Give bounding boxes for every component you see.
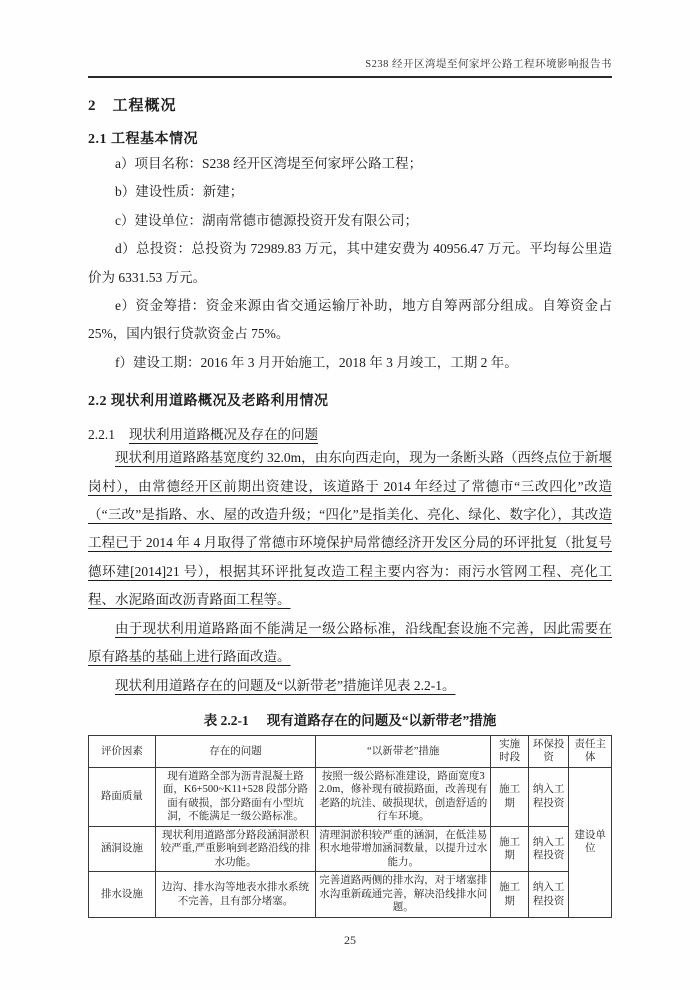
investment-cell: 纳入工程投资 [528, 826, 569, 872]
factor-cell: 路面质量 [89, 767, 156, 826]
paragraph-rebuild-need: 由于现状利用道路路面不能满足一级公路标准，沿线配套设施不完善，因此需要在原有路基… [88, 615, 612, 672]
road-status-paragraphs: 现状利用道路路基宽度约 32.0m，由东向西走向，现为一条断头路（西终点位于新堰… [88, 444, 612, 700]
measure-cell: 完善道路两侧的排水沟，对于堵塞排水沟重新疏通完善，解决沿线排水问题。 [316, 872, 491, 918]
period-cell: 施工期 [491, 767, 529, 826]
problem-cell: 现状利用道路部分路段涵洞淤积较严重,严重影响到老路沿线的排水功能。 [155, 826, 315, 872]
table-caption-number: 表 2.2-1 [204, 713, 249, 728]
paragraph-table-reference: 现状利用道路存在的问题及“以新带老”措施详见表 2.2-1。 [88, 672, 612, 700]
responsible-cell: 建设单位 [569, 767, 612, 917]
chapter-heading: 2 工程概况 [88, 94, 612, 115]
problem-cell: 边沟、排水沟等地表水排水系统不完善，且有部分堵塞。 [155, 872, 315, 918]
problems-measures-table: 评价因素 存在的问题 “以新带老”措施 实施时段 环保投资 责任主体 路面质量 … [88, 735, 612, 918]
header-investment: 环保投资 [528, 735, 569, 767]
table-row-pavement: 路面质量 现有道路全部为沥青混凝土路面，K6+500~K11+528 段部分路面… [89, 767, 612, 826]
measure-cell: 按照一级公路标准建设，路面宽度32.0m，修补现有破损路面，改善现有老路的坑洼、… [316, 767, 491, 826]
problem-cell: 现有道路全部为沥青混凝土路面，K6+500~K11+528 段部分路面有破损，部… [155, 767, 315, 826]
project-item-a: a）项目名称：S238 经开区湾堤至何家坪公路工程； [88, 150, 612, 178]
header-responsible: 责任主体 [569, 735, 612, 767]
document-page: S238 经开区湾堤至何家坪公路工程环境影响报告书 2 工程概况 2.1 工程基… [0, 0, 700, 990]
investment-cell: 纳入工程投资 [528, 872, 569, 918]
section-heading-2-2-1: 2.2.1现状利用道路概况及存在的问题 [88, 423, 612, 443]
measure-cell: 清理洞淤积较严重的涵洞，在低洼易积水地带增加涵洞数量，以提升过水能力。 [316, 826, 491, 872]
period-cell: 施工期 [491, 826, 529, 872]
page-header: S238 经开区湾堤至何家坪公路工程环境影响报告书 [88, 56, 612, 78]
table-caption-title: 现有道路存在的问题及“以新带老”措施 [267, 713, 497, 728]
project-item-f: f）建设工期：2016 年 3 月开始施工，2018 年 3 月竣工，工期 2 … [88, 349, 612, 377]
project-item-d: d）总投资：总投资为 72989.83 万元，其中建安费为 40956.47 万… [88, 235, 612, 292]
factor-cell: 涵洞设施 [89, 826, 156, 872]
project-item-b: b）建设性质：新建； [88, 178, 612, 206]
table-row-drainage: 排水设施 边沟、排水沟等地表水排水系统不完善，且有部分堵塞。 完善道路两侧的排水… [89, 872, 612, 918]
header-factor: 评价因素 [89, 735, 156, 767]
project-item-e: e）资金筹措：资金来源由省交通运输厅补助，地方自筹两部分组成。自筹资金占25%，… [88, 292, 612, 349]
header-period: 实施时段 [491, 735, 529, 767]
section-heading-2-2: 2.2 现状利用道路概况及老路利用情况 [88, 390, 612, 410]
header-problem: 存在的问题 [155, 735, 315, 767]
section-number: 2.2.1 [88, 427, 115, 442]
investment-cell: 纳入工程投资 [528, 767, 569, 826]
paragraph-road-overview: 现状利用道路路基宽度约 32.0m，由东向西走向，现为一条断头路（西终点位于新堰… [88, 444, 612, 614]
table-header-row: 评价因素 存在的问题 “以新带老”措施 实施时段 环保投资 责任主体 [89, 735, 612, 767]
page-number: 25 [0, 933, 700, 948]
section-title: 现状利用道路概况及存在的问题 [129, 427, 318, 442]
factor-cell: 排水设施 [89, 872, 156, 918]
section-heading-2-1: 2.1 工程基本情况 [88, 128, 612, 148]
period-cell: 施工期 [491, 872, 529, 918]
project-item-c: c）建设单位：湖南常德市德源投资开发有限公司； [88, 207, 612, 235]
page-header-title: S238 经开区湾堤至何家坪公路工程环境影响报告书 [365, 59, 612, 70]
table-caption: 表 2.2-1现有道路存在的问题及“以新带老”措施 [88, 709, 612, 729]
header-measure: “以新带老”措施 [316, 735, 491, 767]
table-row-culvert: 涵洞设施 现状利用道路部分路段涵洞淤积较严重,严重影响到老路沿线的排水功能。 清… [89, 826, 612, 872]
project-basic-items: a）项目名称：S238 经开区湾堤至何家坪公路工程； b）建设性质：新建； c）… [88, 150, 612, 377]
